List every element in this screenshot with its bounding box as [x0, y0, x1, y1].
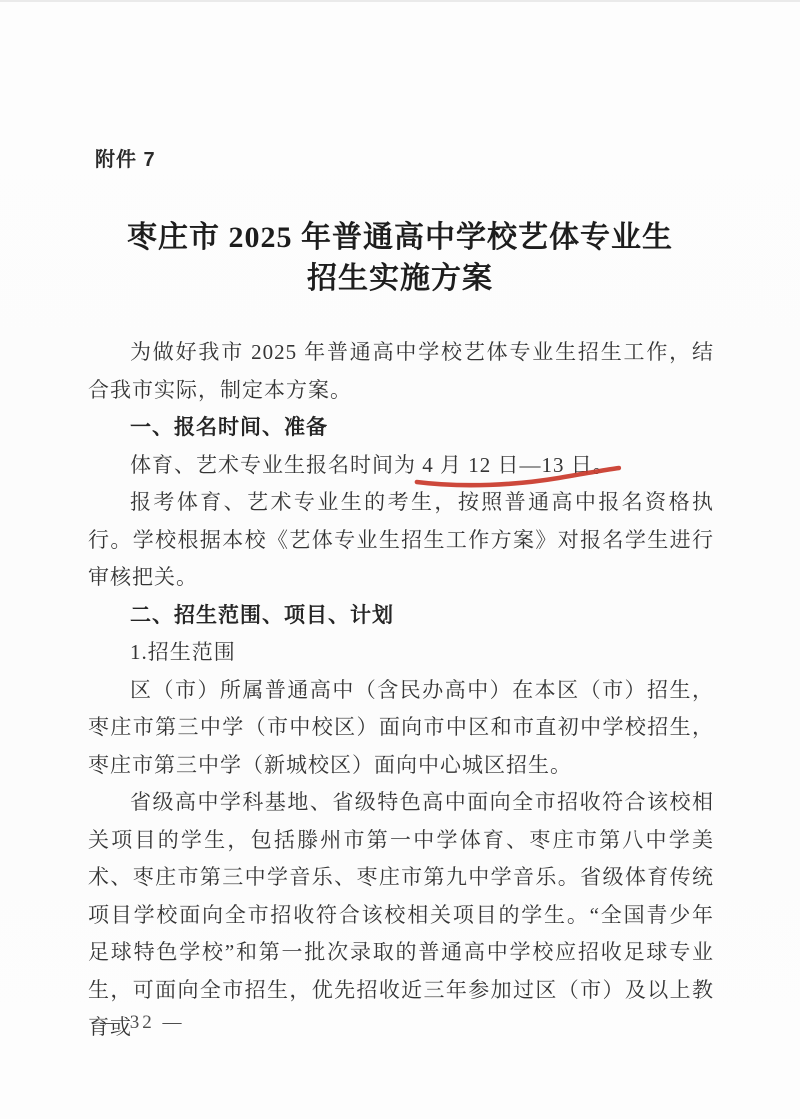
- registration-date-text: 4 月 12 日—13 日。: [422, 453, 615, 477]
- subsection1-heading-text: 1.招生范围: [130, 640, 236, 664]
- section1-paragraph: 报考体育、艺术专业生的考生，按照普通高中报名资格执行。学校根据本校《艺体专业生招…: [88, 484, 714, 597]
- section1-paragraph-text: 报考体育、艺术专业生的考生，按照普通高中报名资格执行。学校根据本校《艺体专业生招…: [88, 490, 714, 589]
- document-title: 枣庄市 2025 年普通高中学校艺体专业生 招生实施方案: [0, 217, 800, 299]
- document-title-line1: 枣庄市 2025 年普通高中学校艺体专业生: [0, 217, 800, 258]
- page-number: — 32 —: [100, 1012, 185, 1034]
- registration-time-paragraph: 体育、艺术专业生报名时间为 4 月 12 日—13 日。: [88, 447, 714, 485]
- scope-paragraph-2-text: 省级高中学科基地、省级特色高中面向全市招收符合该校相关项目的学生，包括滕州市第一…: [88, 790, 714, 1039]
- intro-paragraph: 为做好我市 2025 年普通高中学校艺体专业生招生工作，结合我市实际，制定本方案…: [88, 334, 714, 409]
- scope-paragraph-2: 省级高中学科基地、省级特色高中面向全市招收符合该校相关项目的学生，包括滕州市第一…: [88, 784, 714, 1047]
- subsection1-heading: 1.招生范围: [88, 634, 714, 672]
- intro-text: 为做好我市 2025 年普通高中学校艺体专业生招生工作，结合我市实际，制定本方案…: [88, 340, 714, 402]
- registration-time-prefix: 体育、艺术专业生报名时间为: [130, 453, 422, 477]
- section2-heading-text: 二、招生范围、项目、计划: [130, 604, 394, 627]
- attachment-label: 附件 7: [95, 143, 156, 172]
- scope-paragraph-1-text: 区（市）所属普通高中（含民办高中）在本区（市）招生，枣庄市第三中学（市中校区）面…: [88, 678, 714, 777]
- scanned-document-page: 附件 7 枣庄市 2025 年普通高中学校艺体专业生 招生实施方案 为做好我市 …: [0, 0, 800, 1119]
- registration-date-highlight: 4 月 12 日—13 日。: [422, 453, 615, 477]
- section1-heading: 一、报名时间、准备: [88, 409, 714, 447]
- document-body: 为做好我市 2025 年普通高中学校艺体专业生招生工作，结合我市实际，制定本方案…: [88, 334, 714, 1047]
- document-title-line2: 招生实施方案: [0, 258, 800, 299]
- section2-heading: 二、招生范围、项目、计划: [88, 597, 714, 635]
- scope-paragraph-1: 区（市）所属普通高中（含民办高中）在本区（市）招生，枣庄市第三中学（市中校区）面…: [88, 672, 714, 785]
- section1-heading-text: 一、报名时间、准备: [130, 416, 328, 439]
